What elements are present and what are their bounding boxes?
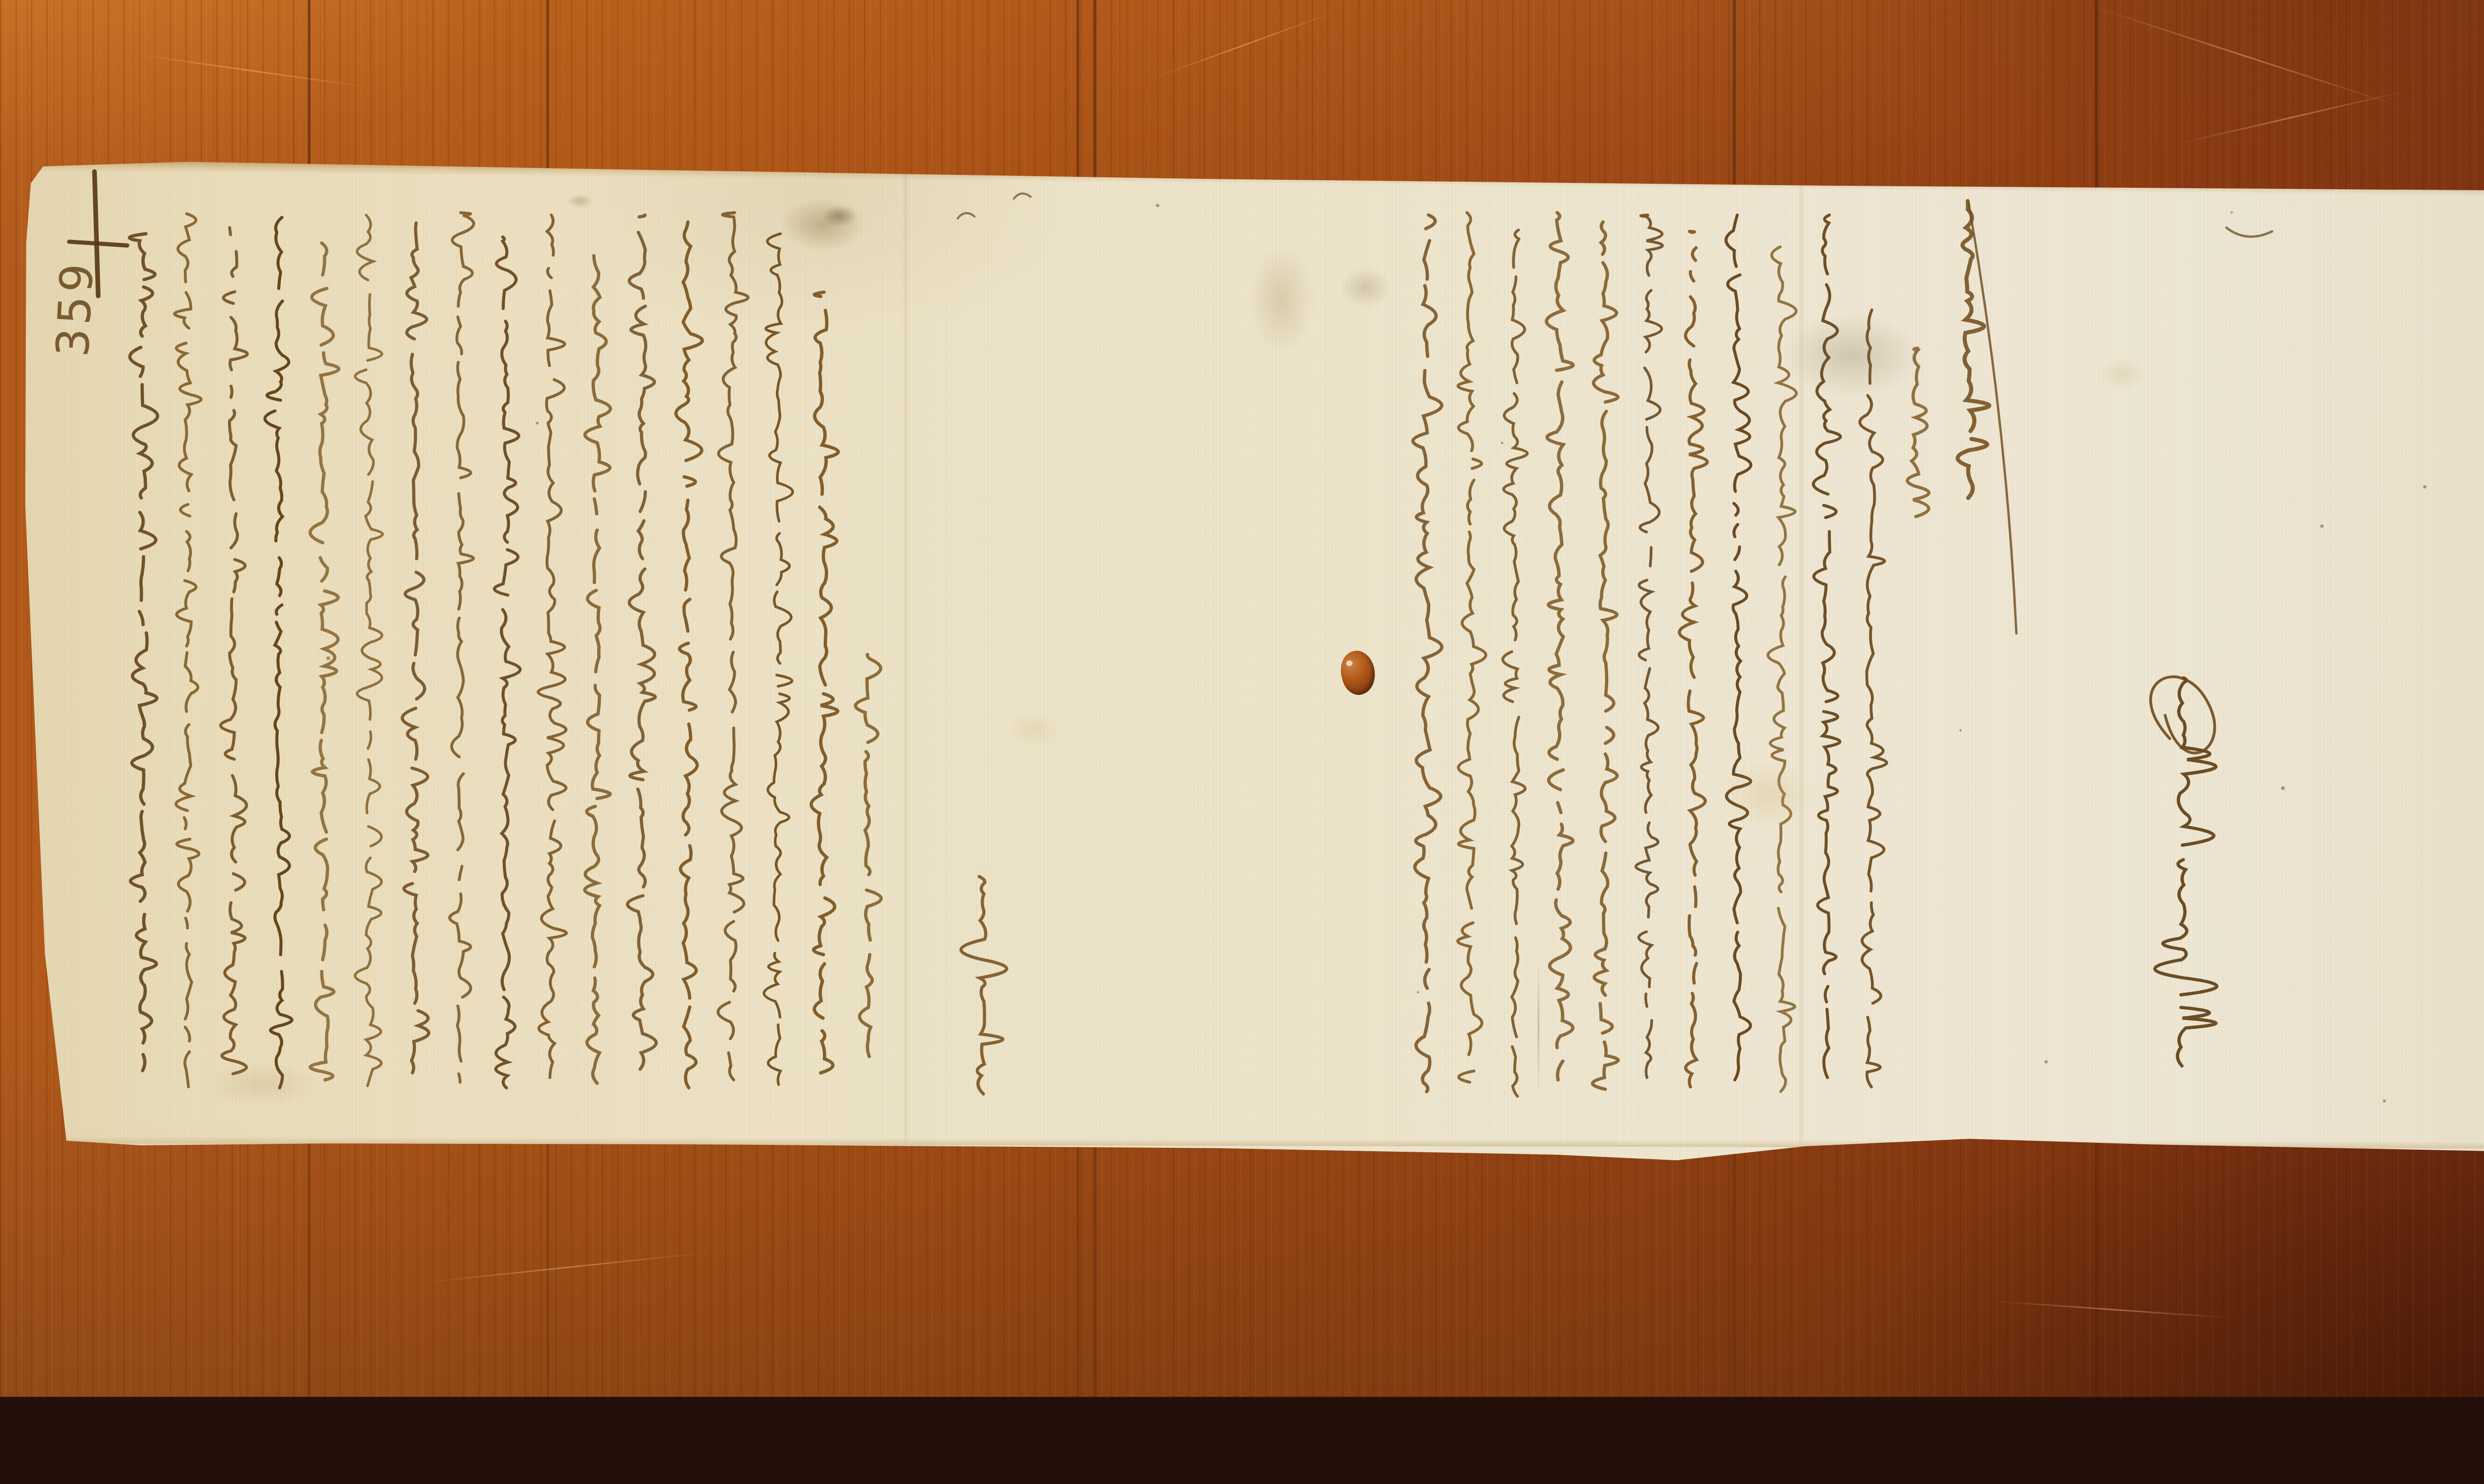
ink-speck — [536, 422, 539, 425]
handwriting-line-paragraph-1 — [718, 213, 748, 1080]
photo-of-manuscript-on-table: 359 — [0, 0, 2484, 1397]
ink-speck — [1501, 442, 1503, 444]
handwriting-line-paragraph-1 — [221, 227, 247, 1074]
small-pen-mark — [958, 213, 975, 218]
fold-shadow — [903, 168, 909, 1143]
ink-speck — [2423, 485, 2427, 489]
stain-mark — [1763, 301, 1941, 409]
wood-scratch — [2089, 4, 2401, 107]
stain-mark — [1004, 708, 1065, 751]
small-pen-mark — [1014, 194, 1031, 199]
stain-mark — [817, 202, 861, 230]
handwriting-line-paragraph-1 — [627, 215, 656, 1069]
handwriting-line-paragraph-2 — [1503, 230, 1527, 1096]
wood-scratch — [2173, 89, 2410, 146]
ink-speck — [2281, 786, 2285, 790]
stain-mark — [1239, 229, 1323, 369]
handwriting-line-paragraph-1 — [538, 215, 566, 1078]
wood-scratch — [132, 53, 373, 88]
handwriting-line-paragraph-1 — [265, 218, 292, 1088]
handwriting-line-paragraph-1 — [355, 215, 383, 1086]
handwriting-line-paragraph-2 — [1726, 215, 1751, 1080]
stain-mark — [563, 192, 597, 211]
handwriting-line-paragraph-1 — [855, 655, 881, 1056]
handwriting-line-paragraph-1 — [764, 234, 793, 1085]
ink-speck — [2231, 211, 2233, 214]
handwriting-line-paragraph-2 — [1679, 231, 1707, 1087]
ink-speck — [729, 1066, 732, 1068]
handwriting-line-paragraph-1 — [310, 243, 339, 1080]
stain-mark — [2093, 354, 2153, 393]
ink-speck — [2044, 1060, 2048, 1064]
wood-scratch — [1992, 1300, 2235, 1319]
handwriting-line-paragraph-2 — [1636, 215, 1663, 1078]
handwriting-line-paragraph-1 — [174, 214, 201, 1087]
wood-scratch — [422, 1252, 710, 1283]
stain-mark — [1333, 262, 1398, 313]
handwriting-line-paragraph-2 — [1413, 215, 1442, 1092]
ink-speck — [1959, 729, 1962, 732]
handwriting-line-closing-line — [1957, 201, 1989, 498]
stain-mark — [187, 1056, 337, 1113]
signature-flourish — [2151, 677, 2215, 753]
handwriting-line-paragraph-2 — [1458, 213, 1486, 1082]
ink-speck — [326, 657, 330, 661]
ink-speck — [1417, 991, 1419, 993]
handwriting-line-paragraph-1 — [402, 223, 429, 1073]
handwriting-line-signature — [2155, 678, 2217, 1066]
ink-speck — [2321, 524, 2324, 528]
ink-speck — [2383, 1100, 2386, 1103]
stain-mark — [1707, 750, 1829, 839]
handwriting-line-paragraph-1 — [494, 237, 520, 1088]
paper-crease — [1538, 963, 1540, 1155]
handwriting-line-paragraph-1 — [130, 234, 158, 1071]
handwriting-line-paragraph-1 — [676, 222, 702, 1088]
handwriting-line-paragraph-1 — [450, 213, 474, 1082]
handwriting-line-paragraph-2 — [1592, 222, 1618, 1089]
handwriting-line-paragraph-1 — [585, 256, 611, 1083]
corner-pen-mark — [2226, 227, 2272, 236]
fold-shadow — [1798, 168, 1804, 1143]
ink-speck — [1156, 204, 1160, 207]
handwriting-line-paragraph-1 — [811, 292, 839, 1073]
wood-scratch — [1152, 11, 1336, 79]
handwriting-line-paragraph-2 — [1860, 310, 1887, 1087]
handwriting-line-marginal-word — [961, 877, 1007, 1094]
handwriting-line-paragraph-2 — [1547, 213, 1573, 1080]
cross-mark — [69, 242, 127, 246]
